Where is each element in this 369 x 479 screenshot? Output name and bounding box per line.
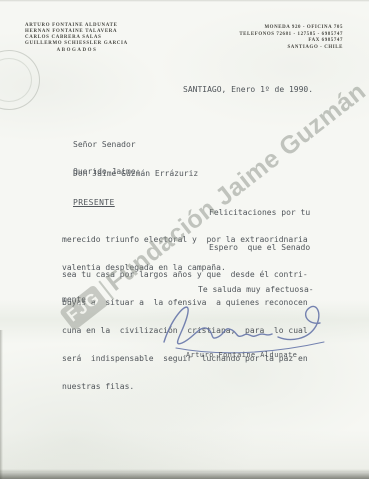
signer-typed-name: Arturo Fontaine Aldunate [186, 351, 297, 359]
letterhead-firm-label: ABOGADOS [25, 48, 129, 54]
recipient-title: Señor Senador [73, 140, 198, 151]
scan-shadow-top [0, 0, 369, 2]
scanned-letter-page: ARTURO FONTAINE ALDUNATE HERNAN FONTAINE… [0, 0, 369, 479]
signature-stroke-main [164, 307, 272, 344]
letterhead-contact: MONEDA 920 - OFICINA 705 TELEFONOS 72681… [183, 25, 343, 51]
body-line: sea tu casa por largos años y que desde … [62, 270, 318, 279]
letterhead-address: MONEDA 920 - OFICINA 705 [183, 25, 343, 32]
letterhead-phones: TELEFONOS 72681 - 127585 - 6985747 [183, 32, 343, 39]
body-line: nuestras filas. [62, 382, 318, 391]
closing-line-1: Te saluda muy afectuosa- [198, 285, 314, 294]
scan-shadow-bottom [0, 469, 369, 479]
closing-line-2: mente [62, 295, 86, 304]
body-line: Felicitaciones por tu [62, 208, 318, 217]
scan-band-lower [0, 430, 369, 472]
attorney-name-4: GUILLERMO SCHIESSLER GARCIA [25, 41, 129, 47]
letterhead-fax: FAX 6985747 [183, 38, 343, 45]
letterhead-attorneys: ARTURO FONTAINE ALDUNATE HERNAN FONTAINE… [25, 23, 129, 54]
date-line: SANTIAGO, Enero 1º de 1990. [183, 85, 313, 94]
body-line: Espero que el Senado [62, 243, 318, 252]
handwritten-signature [148, 296, 338, 356]
signature-stroke-flourish [278, 306, 320, 339]
salutation: Querido Jaime: [73, 167, 140, 176]
letterhead-city: SANTIAGO - CHILE [183, 45, 343, 52]
scan-shadow-left [0, 330, 3, 479]
